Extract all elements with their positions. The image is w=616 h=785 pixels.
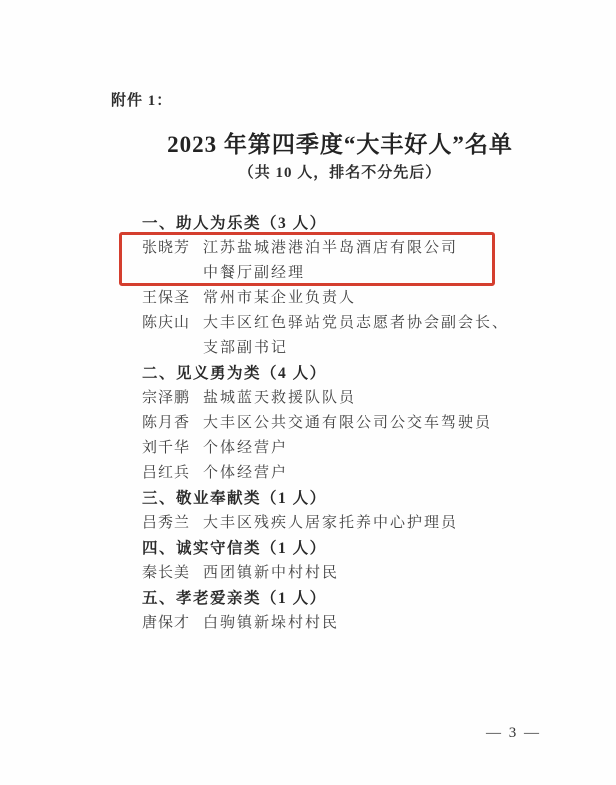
page-number: — 3 — bbox=[486, 725, 541, 742]
entry-name: 宗泽鹏 bbox=[142, 386, 203, 411]
entry-description: 个体经营户 bbox=[203, 436, 598, 461]
entry-description: 江苏盐城港港泊半岛酒店有限公司 中餐厅副经理 bbox=[203, 236, 598, 286]
section-heading-filial-piety: 五、孝老爱亲类（1 人） bbox=[142, 586, 598, 611]
entry-name: 刘千华 bbox=[142, 436, 203, 461]
entry-name: 张晓芳 bbox=[142, 236, 203, 261]
scanned-document-page: 附件 1： 2023 年第四季度“大丰好人”名单 （共 10 人，排名不分先后）… bbox=[0, 0, 616, 785]
entry-name: 唐保才 bbox=[142, 611, 203, 636]
list-entry: 吕秀兰 大丰区残疾人居家托养中心护理员 bbox=[142, 511, 598, 536]
section-heading-bravery: 二、见义勇为类（4 人） bbox=[142, 361, 598, 386]
entry-description: 个体经营户 bbox=[203, 461, 598, 486]
entry-description: 盐城蓝天救援队队员 bbox=[203, 386, 598, 411]
section-heading-dedication: 三、敬业奉献类（1 人） bbox=[142, 486, 598, 511]
list-entry: 宗泽鹏 盐城蓝天救援队队员 bbox=[142, 386, 598, 411]
entry-name: 吕红兵 bbox=[142, 461, 203, 486]
document-subtitle: （共 10 人，排名不分先后） bbox=[64, 161, 616, 182]
document-title: 2023 年第四季度“大丰好人”名单 bbox=[64, 126, 616, 159]
entry-name: 秦长美 bbox=[142, 561, 203, 586]
list-entry: 陈庆山 大丰区红色驿站党员志愿者协会副会长、 支部副书记 bbox=[142, 311, 598, 361]
attachment-label: 附件 1： bbox=[111, 89, 172, 110]
entry-description: 大丰区残疾人居家托养中心护理员 bbox=[203, 511, 598, 536]
list-entry: 陈月香 大丰区公共交通有限公司公交车驾驶员 bbox=[142, 411, 598, 436]
entry-name: 吕秀兰 bbox=[142, 511, 203, 536]
entry-description: 常州市某企业负责人 bbox=[203, 286, 598, 311]
list-entry: 吕红兵 个体经营户 bbox=[142, 461, 598, 486]
entry-name: 王保圣 bbox=[142, 286, 203, 311]
entry-name: 陈庆山 bbox=[142, 311, 203, 336]
entry-name: 陈月香 bbox=[142, 411, 203, 436]
section-heading-honesty: 四、诚实守信类（1 人） bbox=[142, 536, 598, 561]
list-entry: 唐保才 白驹镇新垛村村民 bbox=[142, 611, 598, 636]
list-entry: 刘千华 个体经营户 bbox=[142, 436, 598, 461]
entry-description: 白驹镇新垛村村民 bbox=[203, 611, 598, 636]
entry-description: 西团镇新中村村民 bbox=[203, 561, 598, 586]
list-entry: 秦长美 西团镇新中村村民 bbox=[142, 561, 598, 586]
list-entry: 王保圣 常州市某企业负责人 bbox=[142, 286, 598, 311]
list-entry: 张晓芳 江苏盐城港港泊半岛酒店有限公司 中餐厅副经理 bbox=[142, 236, 598, 286]
entry-description: 大丰区红色驿站党员志愿者协会副会长、 支部副书记 bbox=[203, 311, 598, 361]
honor-roll-list: 一、助人为乐类（3 人） 张晓芳 江苏盐城港港泊半岛酒店有限公司 中餐厅副经理 … bbox=[142, 211, 598, 636]
section-heading-helpfulness: 一、助人为乐类（3 人） bbox=[142, 211, 598, 236]
entry-description: 大丰区公共交通有限公司公交车驾驶员 bbox=[203, 411, 598, 436]
